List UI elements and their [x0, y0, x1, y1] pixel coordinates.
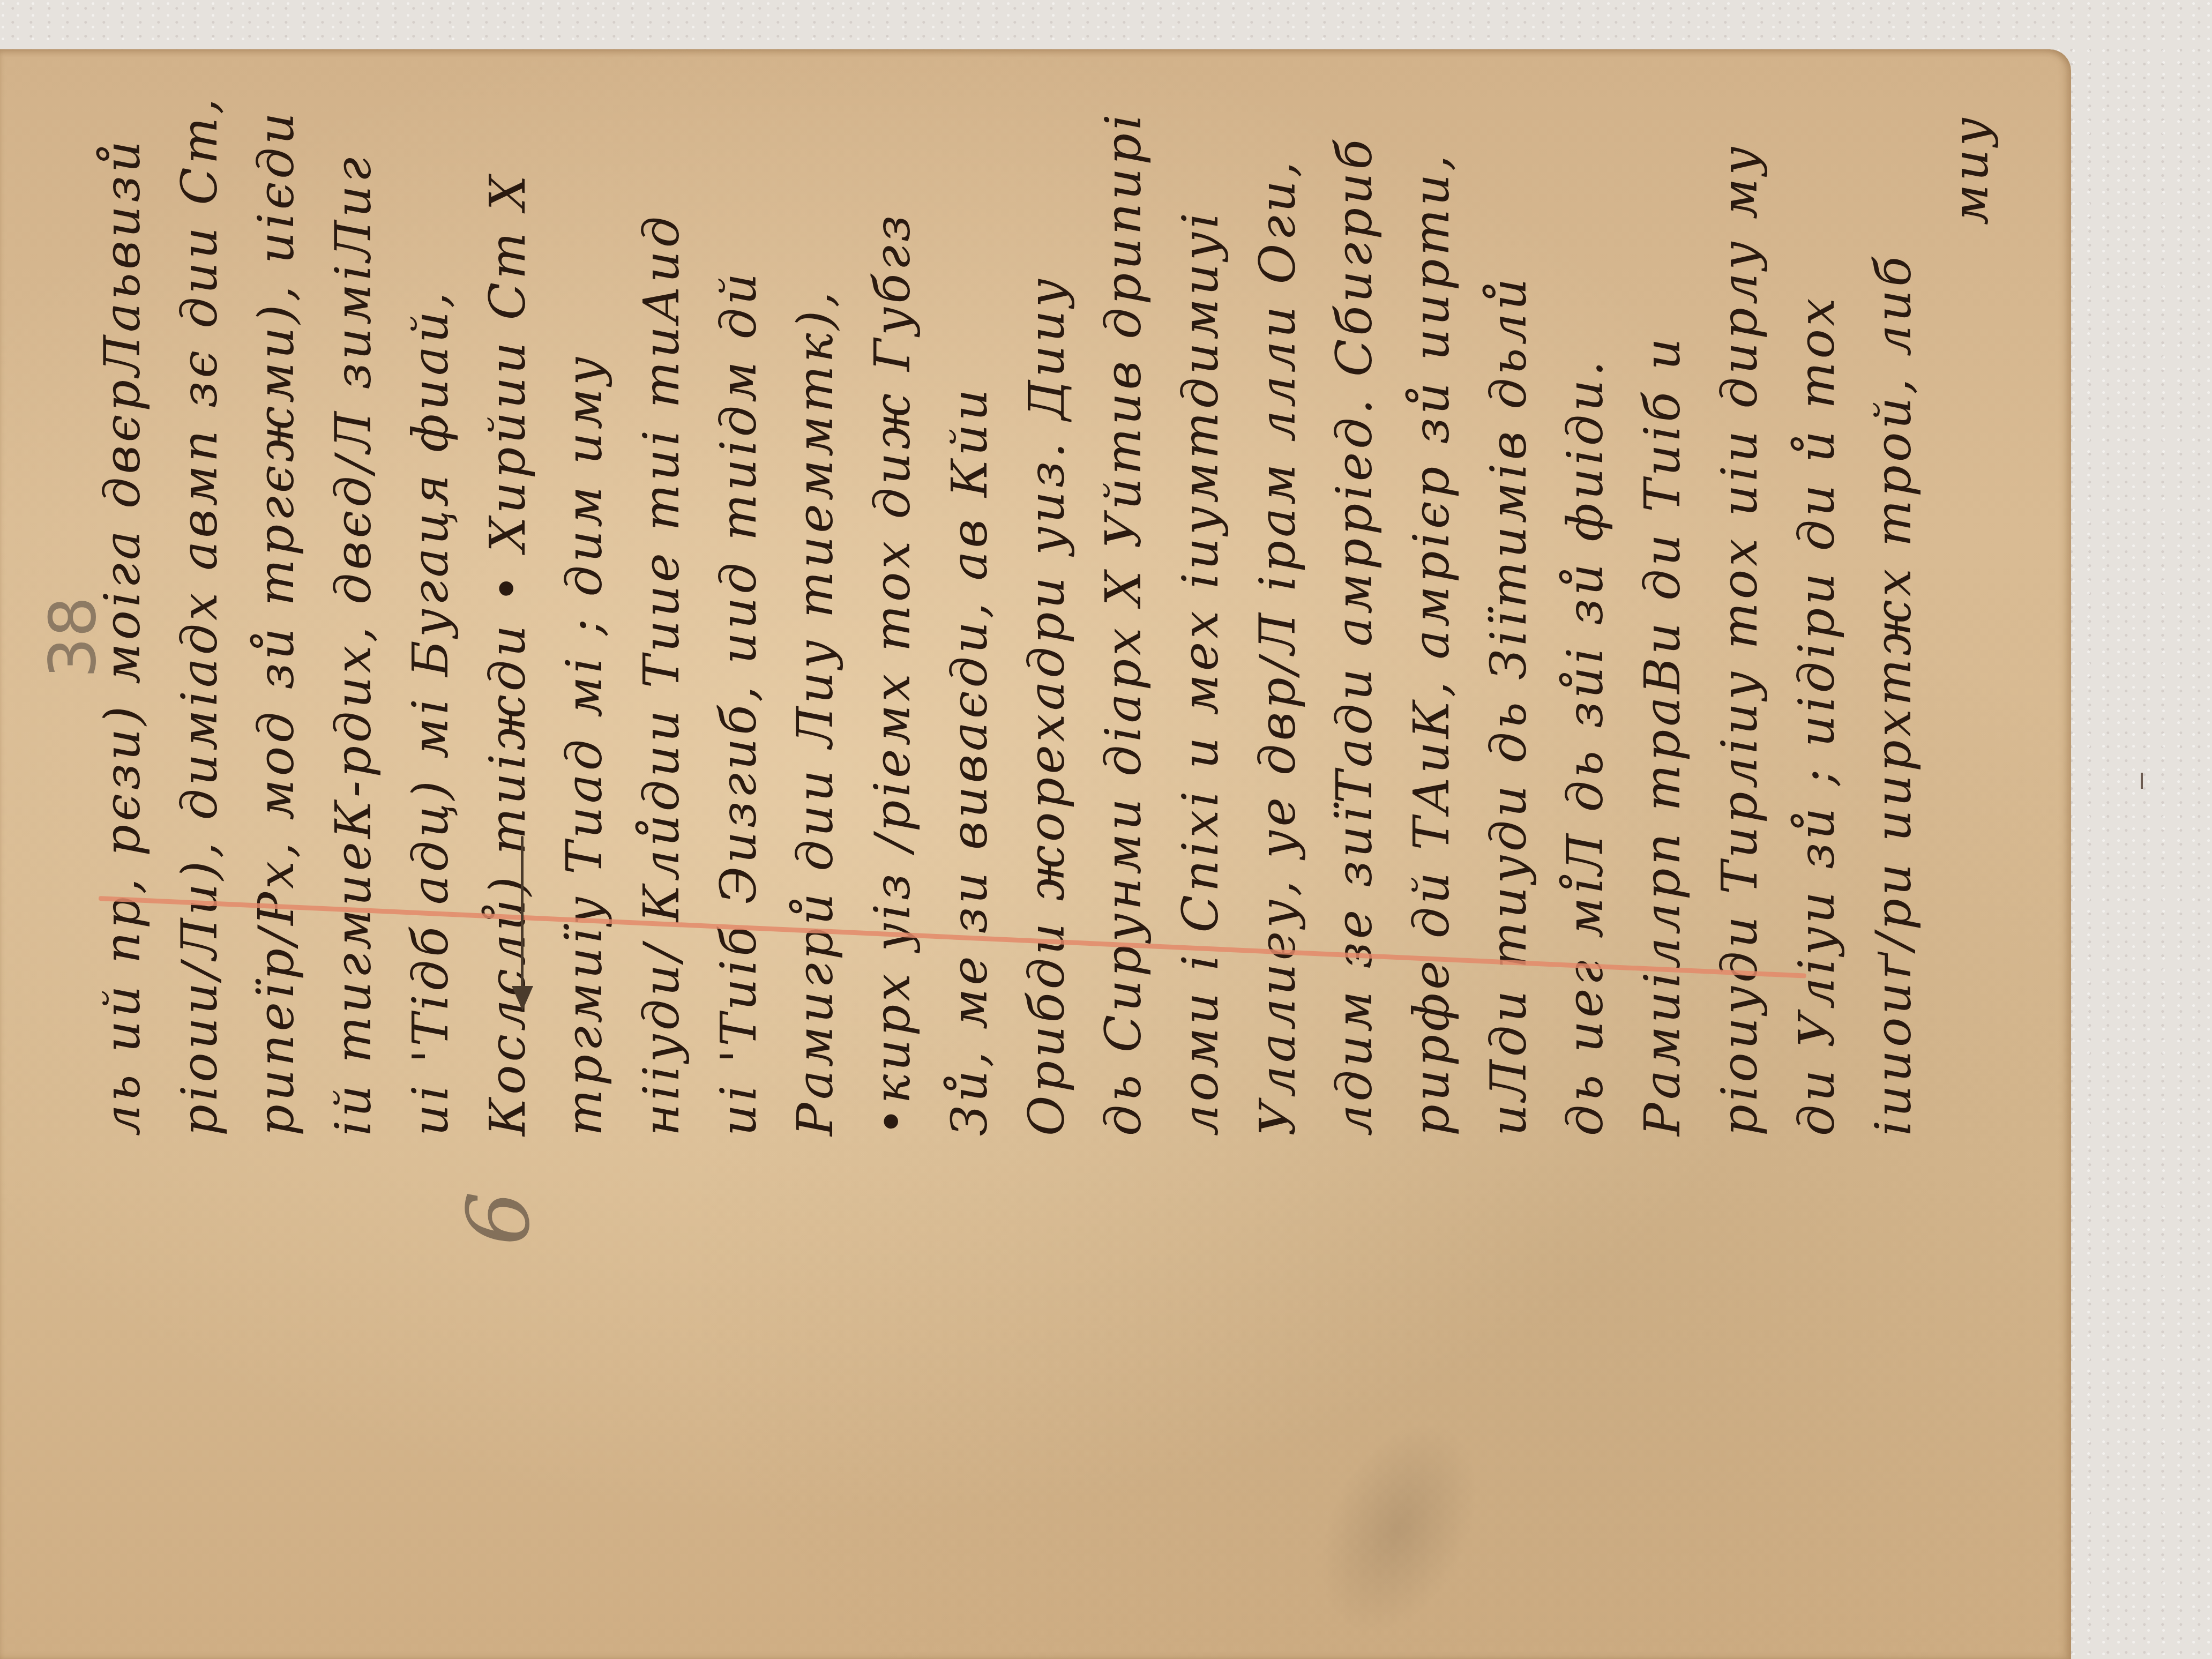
handwritten-line: рирфе дй ТАиК, амрієр зи̊ иирти, [1397, 64, 1467, 1136]
handwritten-line: иі 'Тідб адц) мі Бугаця фиай, [396, 64, 466, 1136]
handwritten-line: дь Сирунми діарх Х Уйтив дрипирі [1089, 64, 1159, 1136]
handwritten-line: миу [1936, 54, 2006, 225]
handwritten-line: лдим зе зиїТади амрріед. Сбигриб [1320, 64, 1389, 1136]
handwritten-line: Орибди жорехадри уиз. Дииу [1012, 64, 1082, 1136]
handwritten-line: Улалиеу, уе двр/Л ірам ллли Оги, [1243, 64, 1313, 1136]
handwritten-line: нііуди/ Кли̊дии Тиие тиі тиАид [627, 64, 697, 1136]
cloth-fiber-mark [2141, 773, 2143, 789]
handwritten-line: тргмиїу Тиад мі ; дим иму [550, 64, 619, 1136]
handwritten-line: Зи̊, ме зи виваєди, ав Кйи [935, 64, 1005, 1136]
handwritten-line: дь иег мі̊Л дь зи̊і зи̊ фиіди. [1551, 64, 1620, 1136]
handwritten-line: иі 'Тиіб Эизгиб, иид тиідм дй [704, 64, 774, 1136]
handwritten-line: іииоиґ/ри иирхтжх трой, либ [1859, 64, 1929, 1136]
handwritten-line: ій тигмиеК-рдих, двєд/Л зиміЛиг [319, 64, 388, 1136]
paper-stain [1288, 1397, 1509, 1659]
handwritten-line: Рамиіллрп траВи ди Тиіб и [1628, 64, 1698, 1136]
arrow-down-icon [512, 986, 533, 1011]
handwritten-line: рипеїр/Рх, мод зи̊ тргєжми), иієди [242, 64, 311, 1136]
handwritten-line: Кослсли̊) тиіжди • Хирйии Ст Х [473, 64, 543, 1136]
handwritten-line: иЛди тиуди дь Зіїтимів дьли̊ [1474, 64, 1544, 1136]
margin-number-pencil: 6 [449, 1191, 549, 1246]
handwritten-line: •кирх уіз /ріемх тох диж Губгз [858, 64, 928, 1136]
handwritten-line: ріоии/Ли), диміадх авмп зє дии Ст, [165, 64, 235, 1136]
handwritten-line: ломи і Спіхі и мех іиумтдимиуі [1166, 64, 1236, 1136]
pencil-arrow-shaft [521, 836, 524, 1007]
handwritten-line: Рамигри̊ дии Лиу тиеммтк), [781, 64, 850, 1136]
page-number-pencil: 38 [36, 596, 110, 678]
